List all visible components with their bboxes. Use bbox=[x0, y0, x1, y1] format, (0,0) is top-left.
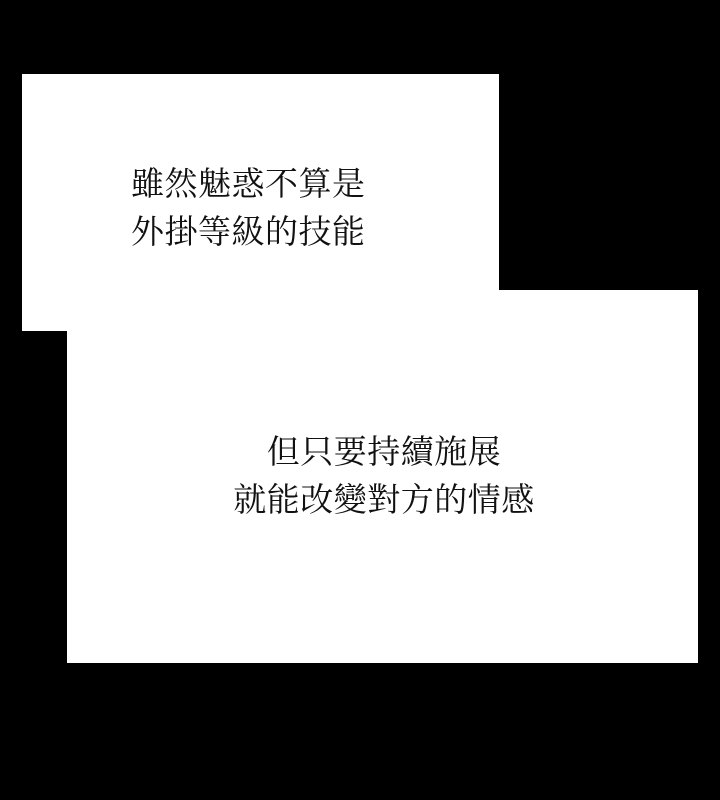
bottom-caption-text: 但只要持續施展 就能改變對方的情感 bbox=[214, 428, 554, 524]
top-caption-text: 雖然魅惑不算是 外掛等級的技能 bbox=[131, 160, 366, 256]
caption-line: 雖然魅惑不算是 bbox=[131, 160, 366, 208]
caption-line: 外掛等級的技能 bbox=[131, 208, 366, 256]
caption-line: 就能改變對方的情感 bbox=[214, 476, 554, 524]
caption-line: 但只要持續施展 bbox=[214, 428, 554, 476]
